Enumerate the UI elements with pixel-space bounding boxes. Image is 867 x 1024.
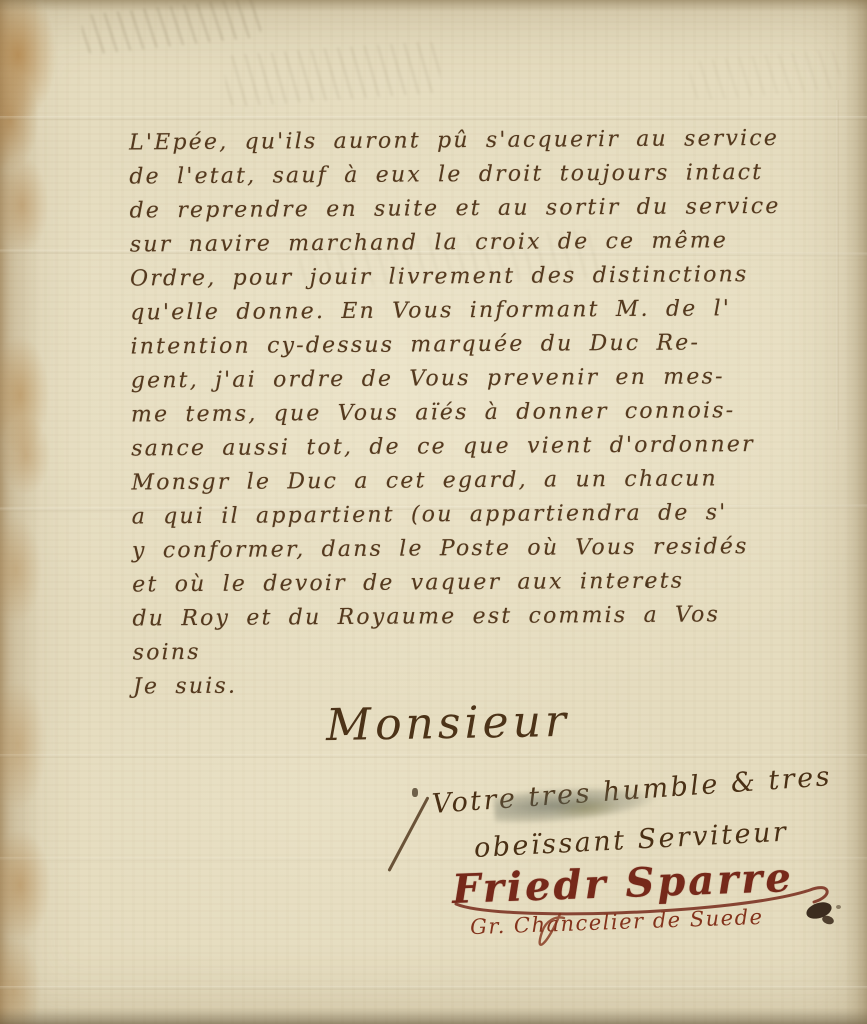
text-line: a qui il appartient (ou appartiendra de … bbox=[132, 496, 832, 535]
fold-line bbox=[0, 116, 867, 120]
left-edge-stain bbox=[0, 0, 80, 1024]
ink-blot bbox=[821, 914, 835, 926]
ink-speck bbox=[412, 788, 418, 797]
bleed-through-ghost bbox=[80, 0, 263, 55]
text-line: et où le devoir de vaquer aux interets bbox=[132, 564, 832, 603]
ink-blot bbox=[804, 899, 833, 921]
text-line: sur navire marchand la croix de ce même bbox=[130, 224, 830, 263]
ink-speck bbox=[836, 905, 841, 909]
text-line: Monsgr le Duc a cet egard, a un chacun bbox=[131, 462, 831, 501]
text-line: du Roy et du Royaume est commis a Vos bbox=[132, 598, 832, 637]
text-line: de l'etat, sauf à eux le droit toujours … bbox=[129, 156, 829, 195]
text-line: gent, j'ai ordre de Vous prevenir en mes… bbox=[131, 360, 831, 399]
closing-line: Votre tres humble & tres bbox=[431, 761, 833, 820]
vertical-crease bbox=[836, 100, 839, 430]
bottom-edge-shadow bbox=[0, 1008, 867, 1024]
text-line: de reprendre en suite et au sortir du se… bbox=[129, 190, 829, 229]
text-line: L'Epée, qu'ils auront pû s'acquerir au s… bbox=[129, 122, 829, 161]
text-line: qu'elle donne. En Vous informant M. de l… bbox=[130, 292, 830, 331]
text-line: sance aussi tot, de ce que vient d'ordon… bbox=[131, 428, 831, 467]
text-line: me tems, que Vous aïés à donner connois- bbox=[131, 394, 831, 433]
text-line: soins bbox=[133, 632, 833, 671]
pen-flourish-stroke bbox=[387, 796, 429, 871]
fold-line bbox=[0, 754, 867, 758]
signature: Friedr Sparre bbox=[451, 854, 794, 913]
text-line: intention cy-dessus marquée du Duc Re- bbox=[130, 326, 830, 365]
bleed-through-ghost bbox=[689, 49, 842, 102]
salutation: Monsieur bbox=[326, 696, 571, 751]
fold-line bbox=[0, 986, 867, 990]
right-edge-shadow bbox=[845, 0, 867, 1024]
top-edge-shadow bbox=[0, 0, 867, 12]
letter-scan: L'Epée, qu'ils auront pû s'acquerir au s… bbox=[0, 0, 867, 1024]
text-line: Ordre, pour jouir livrement des distinct… bbox=[130, 258, 830, 297]
bleed-through-ghost bbox=[223, 41, 441, 108]
text-line: y conformer, dans le Poste où Vous resid… bbox=[132, 530, 832, 569]
letter-body: L'Epée, qu'ils auront pû s'acquerir au s… bbox=[129, 122, 833, 705]
